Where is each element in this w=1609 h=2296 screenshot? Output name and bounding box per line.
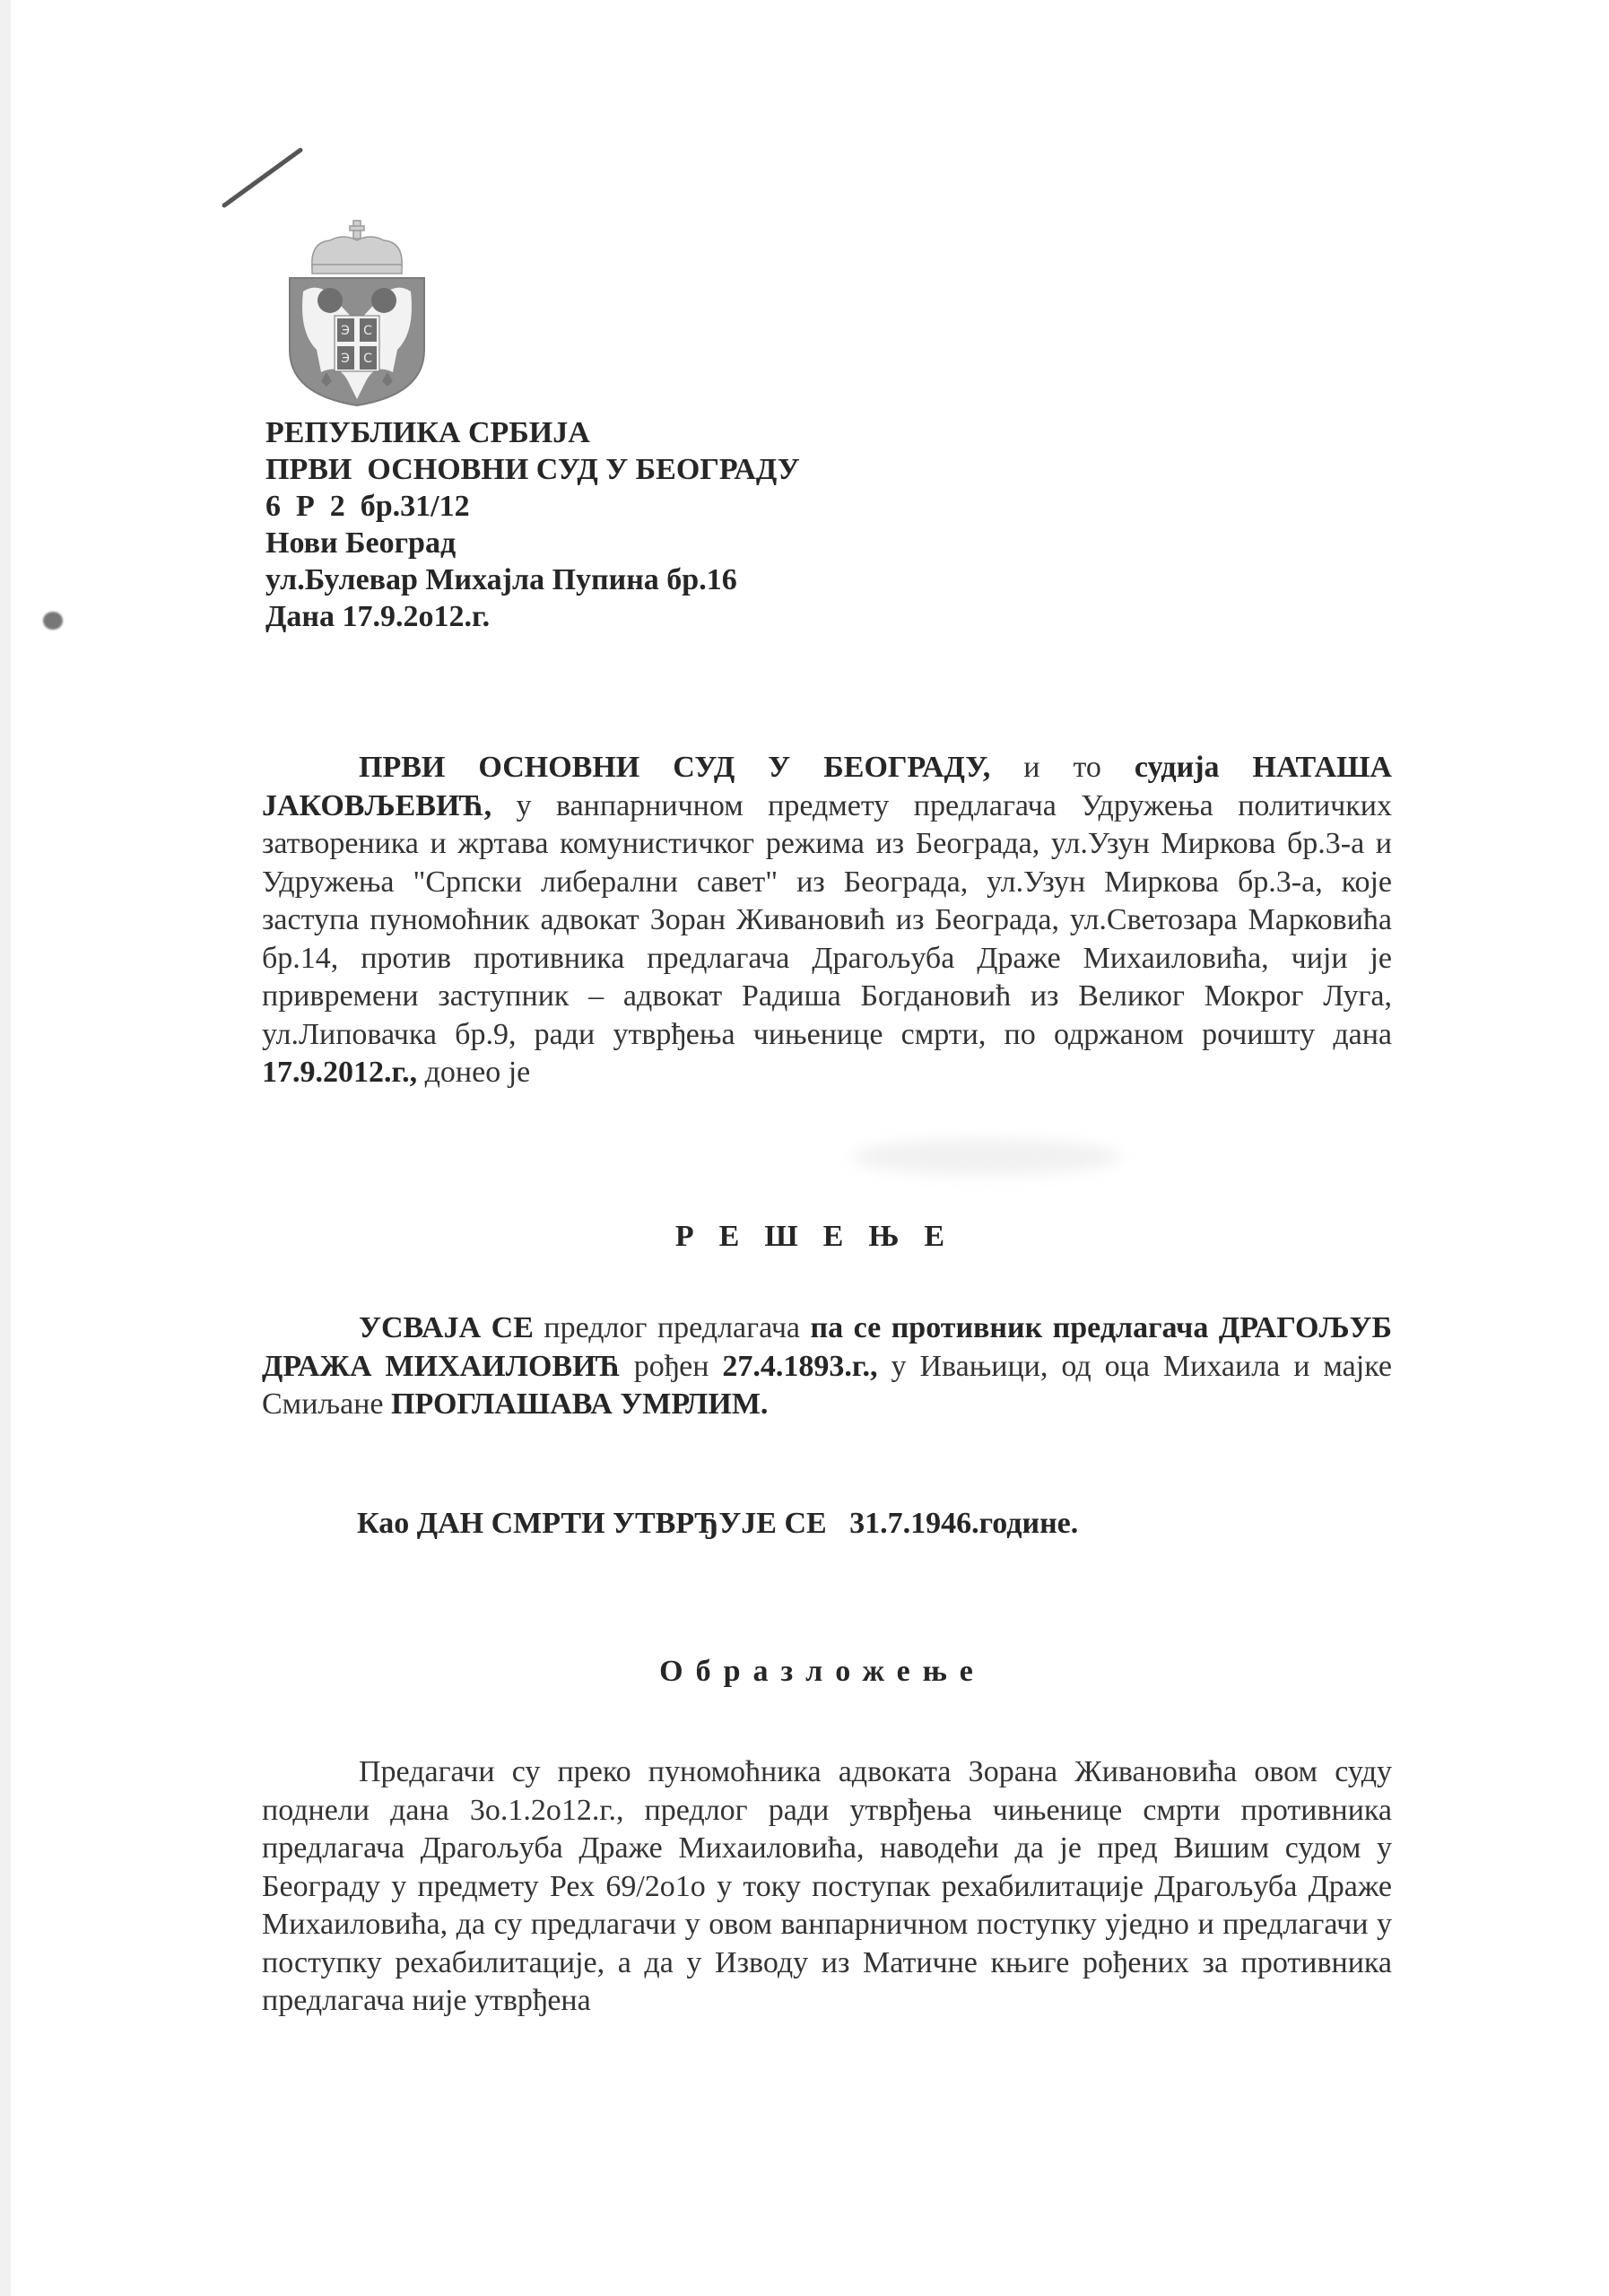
ruling-paragraph: УСВАЈА СЕ предлог предлагача па се проти… xyxy=(262,1309,1392,1424)
svg-text:Э: Э xyxy=(341,352,350,366)
header-court-name: ПРВИ ОСНОВНИ СУД У БЕОГРАДУ xyxy=(265,451,800,488)
text: у ванпарничном предмету предлагача Удруж… xyxy=(262,789,1392,1051)
reasoning-paragraph: Предагачи су преко пуномоћника адвоката … xyxy=(262,1753,1392,2021)
scan-smudge xyxy=(852,1139,1121,1175)
pen-stroke-mark xyxy=(222,147,304,209)
hearing-date: 17.9.2012.г., xyxy=(262,1056,417,1089)
intro-paragraph: ПРВИ ОСНОВНИ СУД У БЕОГРАДУ, и то судија… xyxy=(262,749,1392,1092)
text: и то xyxy=(990,751,1135,784)
ruling-adopted: УСВАЈА СЕ xyxy=(359,1311,534,1344)
svg-text:С: С xyxy=(363,324,372,338)
reasoning-title: Образложење xyxy=(0,1655,1609,1689)
svg-text:Э: Э xyxy=(341,324,350,338)
text: донео је xyxy=(417,1056,530,1089)
text: предлог предлагача xyxy=(534,1311,811,1344)
text: рођен xyxy=(621,1350,723,1383)
court-header: РЕПУБЛИКА СРБИЈА ПРВИ ОСНОВНИ СУД У БЕОГ… xyxy=(265,414,800,635)
header-address: ул.Булевар Михајла Пупина бр.16 xyxy=(265,561,800,598)
decision-title: РЕШЕЊЕ xyxy=(0,1220,1609,1254)
reasoning-text: Предагачи су преко пуномоћника адвоката … xyxy=(262,1755,1392,2017)
header-date: Дана 17.9.2о12.г. xyxy=(265,598,800,635)
ruling-declaration: ПРОГЛАШАВА УМРЛИМ. xyxy=(391,1387,768,1421)
header-city: Нови Београд xyxy=(265,525,800,561)
birth-date: 27.4.1893.г., xyxy=(722,1350,877,1383)
header-country: РЕПУБЛИКА СРБИЈА xyxy=(265,414,800,451)
ink-dot-mark xyxy=(43,612,63,630)
court-name: ПРВИ ОСНОВНИ СУД У БЕОГРАДУ, xyxy=(359,751,990,784)
death-date-line: Као ДАН СМРТИ УТВРЂУЈЕ СЕ 31.7.1946.годи… xyxy=(357,1507,1078,1541)
scan-edge xyxy=(0,0,11,2296)
coat-of-arms-icon: Э С Э С xyxy=(285,215,429,408)
header-case-number: 6 Р 2 бр.31/12 xyxy=(265,488,800,525)
svg-text:С: С xyxy=(363,352,372,366)
